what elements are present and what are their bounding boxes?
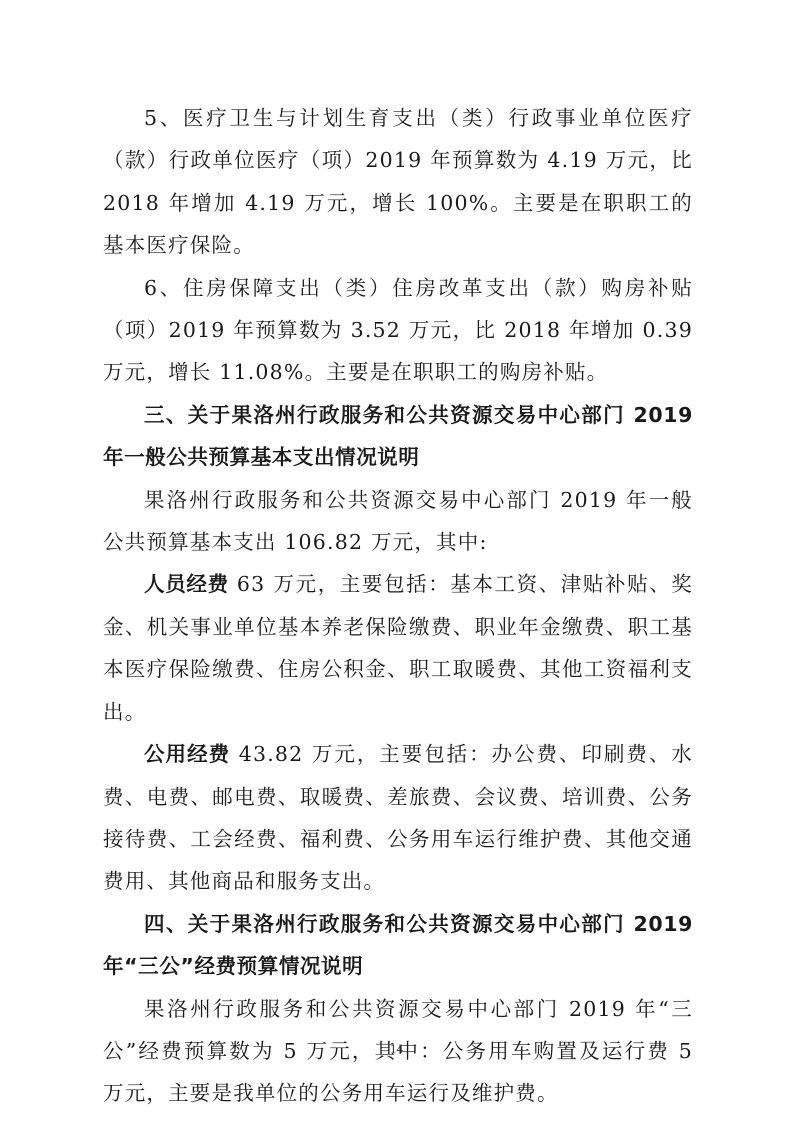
paragraph-public-expense: 公用经费 43.82 万元，主要包括：办公费、印刷费、水费、电费、邮电费、取暖费… [103,733,693,903]
paragraph-housing-expense: 6、住房保障支出（类）住房改革支出（款）购房补贴（项）2019 年预算数为 3.… [103,267,693,394]
paragraph-personnel-expense: 人员经费 63 万元，主要包括：基本工资、津贴补贴、奖金、机关事业单位基本养老保… [103,563,693,733]
document-page: 5、医疗卫生与计划生育支出（类）行政事业单位医疗（款）行政单位医疗（项）2019… [103,97,693,1115]
personnel-expense-label: 人员经费 [144,572,229,596]
section-heading-basic-expenditure: 三、关于果洛州行政服务和公共资源交易中心部门 2019 年一般公共预算基本支出情… [103,394,693,479]
page-number: 14 [0,1041,793,1057]
section-heading-three-public: 四、关于果洛州行政服务和公共资源交易中心部门 2019 年“三公”经费预算情况说… [103,903,693,988]
paragraph-medical-expense: 5、医疗卫生与计划生育支出（类）行政事业单位医疗（款）行政单位医疗（项）2019… [103,97,693,267]
public-expense-label: 公用经费 [144,742,230,766]
paragraph-basic-expenditure-total: 果洛州行政服务和公共资源交易中心部门 2019 年一般公共预算基本支出 106.… [103,479,693,564]
